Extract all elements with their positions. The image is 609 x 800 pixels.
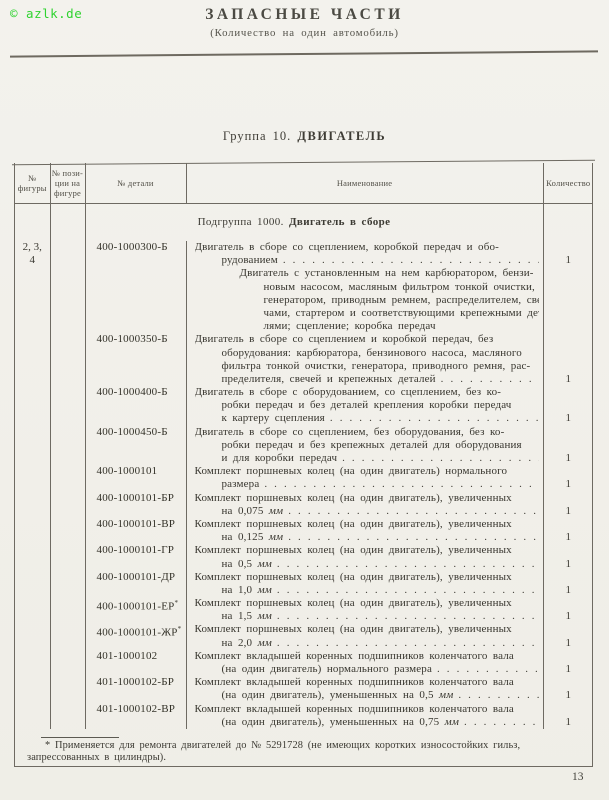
name-cell: Двигатель в сборе со сцеплением, коробко… [186, 241, 543, 333]
name-cell: Комплект поршневых колец (на один двигат… [186, 492, 543, 518]
header-divider [10, 50, 598, 57]
figure-cell [15, 571, 50, 597]
position-cell [50, 676, 85, 702]
dot-leader: . . . . . . . . . . . . . . . . . . . . … [272, 558, 539, 571]
column-header: Количество [543, 163, 593, 204]
position-cell [50, 650, 85, 676]
qty-cell: 1 [543, 386, 593, 426]
name-cell: Комплект поршневых колец (на один двигат… [186, 623, 543, 649]
position-cell [50, 571, 85, 597]
dot-leader: . . . . . . . . . . . . . . . . . . . . … [278, 254, 539, 267]
figure-cell [15, 333, 50, 386]
table-row: 400-1000450-БДвигатель в сборе со сцепле… [15, 426, 593, 466]
page-number: 13 [572, 771, 584, 783]
part-number-cell: 400-1000350-Б [85, 333, 186, 386]
table-row: 400-1000101-ВРКомплект поршневых колец (… [15, 518, 593, 544]
name-cell: Комплект поршневых колец (на один двигат… [186, 465, 543, 491]
name-cell: Двигатель в сборе со сцеплением, без обо… [186, 426, 543, 466]
qty-cell: 1 [543, 518, 593, 544]
name-cell: Комплект поршневых колец (на один двигат… [186, 518, 543, 544]
dot-leader: . . . . . . . . . . . . . . . . . . . . … [459, 716, 538, 729]
position-cell [50, 544, 85, 570]
subgroup-row: Подгруппа 1000. Двигатель в сборе [15, 204, 593, 242]
part-number-cell: 400-1000300-Б [85, 241, 186, 333]
dot-leader: . . . . . . . . . . . . . . . . . . . . … [272, 610, 539, 623]
footnote-line-1: * Применяется для ремонта двигателей до … [27, 740, 584, 752]
figure-cell [15, 650, 50, 676]
part-number-cell: 401-1000102-БР [85, 676, 186, 702]
qty-cell: 1 [543, 426, 593, 466]
part-number-cell: 400-1000101-ДР [85, 571, 186, 597]
table-row: 400-1000101-ЖР*Комплект поршневых колец … [15, 623, 593, 649]
table-row: 401-1000102Комплект вкладышей коренных п… [15, 650, 593, 676]
column-header: № детали [85, 163, 186, 204]
dot-leader: . . . . . . . . . . . . . . . . . . . . … [337, 452, 538, 465]
position-cell [50, 426, 85, 466]
position-cell [50, 241, 85, 333]
part-number-cell: 400-1000101-ГР [85, 544, 186, 570]
figure-cell [15, 597, 50, 623]
name-cell: Комплект поршневых колец (на один двигат… [186, 597, 543, 623]
parts-table: №фигуры№ пози-ции нафигуре№ деталиНаимен… [15, 163, 593, 729]
position-cell [50, 492, 85, 518]
position-cell [50, 465, 85, 491]
subgroup-title: Подгруппа 1000. Двигатель в сборе [85, 204, 543, 242]
parts-table-body: Подгруппа 1000. Двигатель в сборе 2, 3,4… [15, 204, 593, 729]
figure-cell [15, 544, 50, 570]
figure-cell [15, 623, 50, 649]
qty-cell: 1 [543, 241, 593, 333]
qty-cell: 1 [543, 465, 593, 491]
scanned-catalog-page: © azlk.de ЗАПАСНЫЕ ЧАСТИ (Количество на … [0, 0, 609, 800]
part-number-cell: 401-1000102-ВР [85, 703, 186, 729]
footnote-divider [41, 737, 119, 738]
column-header: № пози-ции нафигуре [50, 163, 85, 204]
name-cell: Комплект поршневых колец (на один двигат… [186, 544, 543, 570]
qty-cell [543, 204, 593, 242]
table-row: 400-1000101Комплект поршневых колец (на … [15, 465, 593, 491]
group-heading-prefix: Группа 10. [223, 129, 291, 143]
figure-cell [15, 204, 50, 242]
dot-leader: . . . . . . . . . . . . . . . . . . . . … [272, 637, 539, 650]
qty-cell: 1 [543, 333, 593, 386]
position-cell [50, 333, 85, 386]
figure-cell [15, 386, 50, 426]
position-cell [50, 597, 85, 623]
table-row: 401-1000102-БРКомплект вкладышей коренны… [15, 676, 593, 702]
part-number-cell: 400-1000450-Б [85, 426, 186, 466]
subgroup-name: Двигатель в сборе [289, 216, 390, 228]
subgroup-prefix: Подгруппа 1000. [198, 216, 284, 228]
table-row: 400-1000350-БДвигатель в сборе со сцепле… [15, 333, 593, 386]
qty-cell: 1 [543, 650, 593, 676]
name-cell: Комплект вкладышей коренных подшипников … [186, 650, 543, 676]
position-cell [50, 623, 85, 649]
table-frame: №фигуры№ пози-ции нафигуре№ деталиНаимен… [14, 163, 593, 767]
qty-cell: 1 [543, 571, 593, 597]
dot-leader: . . . . . . . . . . . . . . . . . . . . … [283, 505, 538, 518]
dot-leader: . . . . . . . . . . . . . . . . . . . . … [283, 531, 538, 544]
figure-cell [15, 465, 50, 491]
dot-leader: . . . . . . . . . . . . . . . . . . . . … [453, 689, 538, 702]
qty-cell: 1 [543, 492, 593, 518]
part-number-cell: 401-1000102 [85, 650, 186, 676]
table-row: 2, 3,4400-1000300-БДвигатель в сборе со … [15, 241, 593, 333]
part-number-cell: 400-1000101-ВР [85, 518, 186, 544]
column-header: Наименование [186, 163, 543, 204]
table-row: 400-1000101-ЕР*Комплект поршневых колец … [15, 597, 593, 623]
figure-cell [15, 703, 50, 729]
qty-cell: 1 [543, 676, 593, 702]
part-number-cell: 400-1000101 [85, 465, 186, 491]
name-cell: Двигатель в сборе с оборудованием, со сц… [186, 386, 543, 426]
part-number-cell: 400-1000101-ЕР* [85, 597, 186, 623]
table-row: 400-1000400-БДвигатель в сборе с оборудо… [15, 386, 593, 426]
dot-leader: . . . . . . . . . . . . . . . . . . . . … [432, 663, 539, 676]
qty-cell: 1 [543, 597, 593, 623]
footnote: * Применяется для ремонта двигателей до … [27, 737, 584, 763]
footnote-line-2: запрессованных в цилиндры). [27, 752, 584, 764]
position-cell [50, 386, 85, 426]
table-row: 400-1000101-ГРКомплект поршневых колец (… [15, 544, 593, 570]
name-cell: Двигатель в сборе со сцеплением и коробк… [186, 333, 543, 386]
figure-cell [15, 492, 50, 518]
table-row: 400-1000101-БРКомплект поршневых колец (… [15, 492, 593, 518]
name-cell: Комплект поршневых колец (на один двигат… [186, 571, 543, 597]
figure-cell: 2, 3,4 [15, 241, 50, 333]
qty-cell: 1 [543, 703, 593, 729]
position-cell [50, 204, 85, 242]
figure-cell [15, 426, 50, 466]
page-title: ЗАПАСНЫЕ ЧАСТИ [0, 6, 609, 24]
dot-leader: . . . . . . . . . . . . . . . . . . . . … [259, 478, 538, 491]
table-row: 400-1000101-ДРКомплект поршневых колец (… [15, 571, 593, 597]
figure-cell [15, 676, 50, 702]
name-cell: Комплект вкладышей коренных подшипников … [186, 676, 543, 702]
position-cell [50, 703, 85, 729]
figure-cell [15, 518, 50, 544]
table-row: 401-1000102-ВРКомплект вкладышей коренны… [15, 703, 593, 729]
name-cell: Комплект вкладышей коренных подшипников … [186, 703, 543, 729]
qty-cell: 1 [543, 623, 593, 649]
part-number-cell: 400-1000101-БР [85, 492, 186, 518]
group-heading-name: ДВИГАТЕЛЬ [297, 129, 386, 143]
page-subtitle: (Количество на один автомобиль) [0, 27, 609, 39]
dot-leader: . . . . . . . . . . . . . . . . . . . . … [272, 584, 539, 597]
part-number-cell: 400-1000400-Б [85, 386, 186, 426]
part-number-cell: 400-1000101-ЖР* [85, 623, 186, 649]
column-header: №фигуры [15, 163, 50, 204]
group-heading: Группа 10. ДВИГАТЕЛЬ [0, 129, 609, 144]
dot-leader: . . . . . . . . . . . . . . . . . . . . … [325, 412, 539, 425]
position-cell [50, 518, 85, 544]
dot-leader: . . . . . . . . . . . . . . . . . . . . … [436, 373, 539, 386]
qty-cell: 1 [543, 544, 593, 570]
table-header-row: №фигуры№ пози-ции нафигуре№ деталиНаимен… [15, 163, 593, 204]
